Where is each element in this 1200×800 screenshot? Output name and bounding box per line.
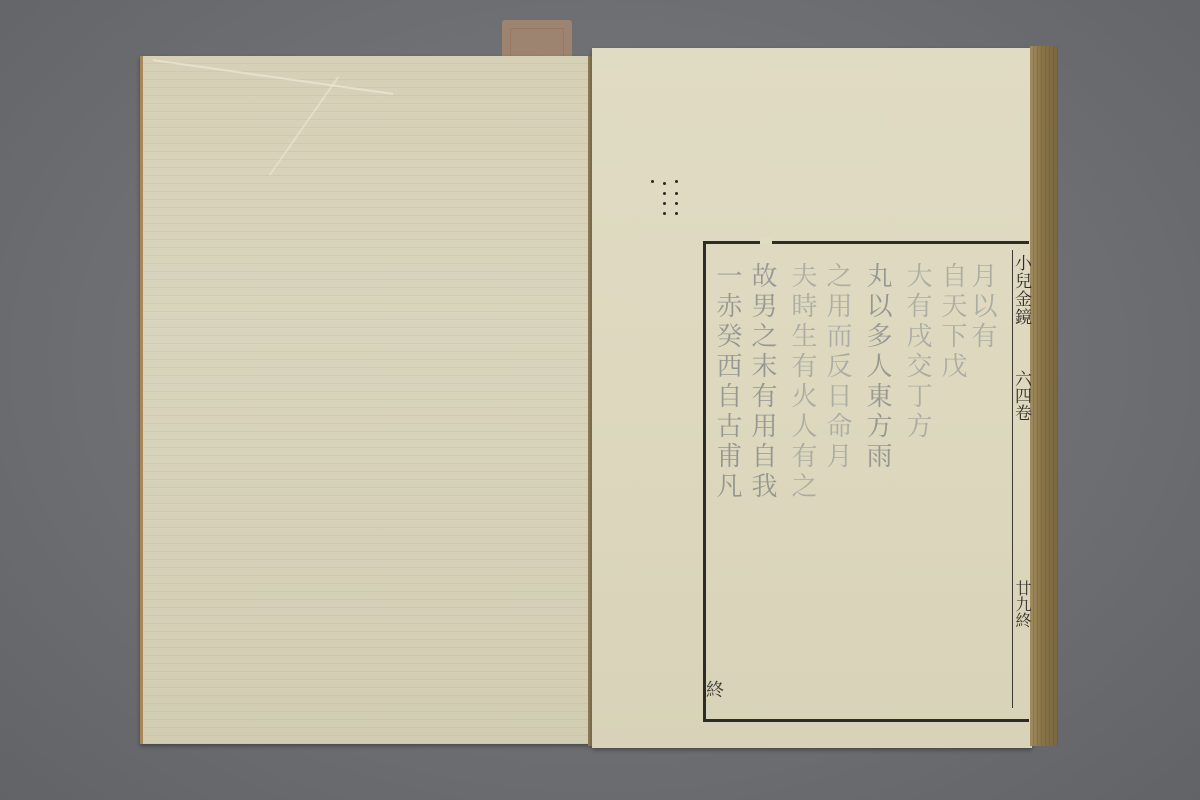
dot: [675, 212, 678, 215]
frame-gap: [760, 238, 772, 244]
dot: [663, 202, 666, 205]
left-page: [140, 56, 593, 744]
dot: [663, 192, 666, 195]
dot: [663, 212, 666, 215]
dot: [675, 192, 678, 195]
dot: [675, 180, 678, 183]
text-frame-border: [703, 241, 1029, 722]
end-mark: 終: [706, 676, 724, 702]
dot: [651, 180, 654, 183]
page-edges: [1030, 46, 1058, 746]
paper-texture: [143, 56, 593, 744]
dot: [675, 202, 678, 205]
dot: [663, 182, 666, 185]
margin-page-number: 廿九終: [1014, 580, 1034, 628]
margin-title: 小兒金鏡: [1014, 254, 1034, 326]
margin-volume: 六四卷: [1014, 370, 1034, 421]
punctuation-dots: [651, 176, 681, 216]
fore-edge: [1030, 46, 1058, 746]
